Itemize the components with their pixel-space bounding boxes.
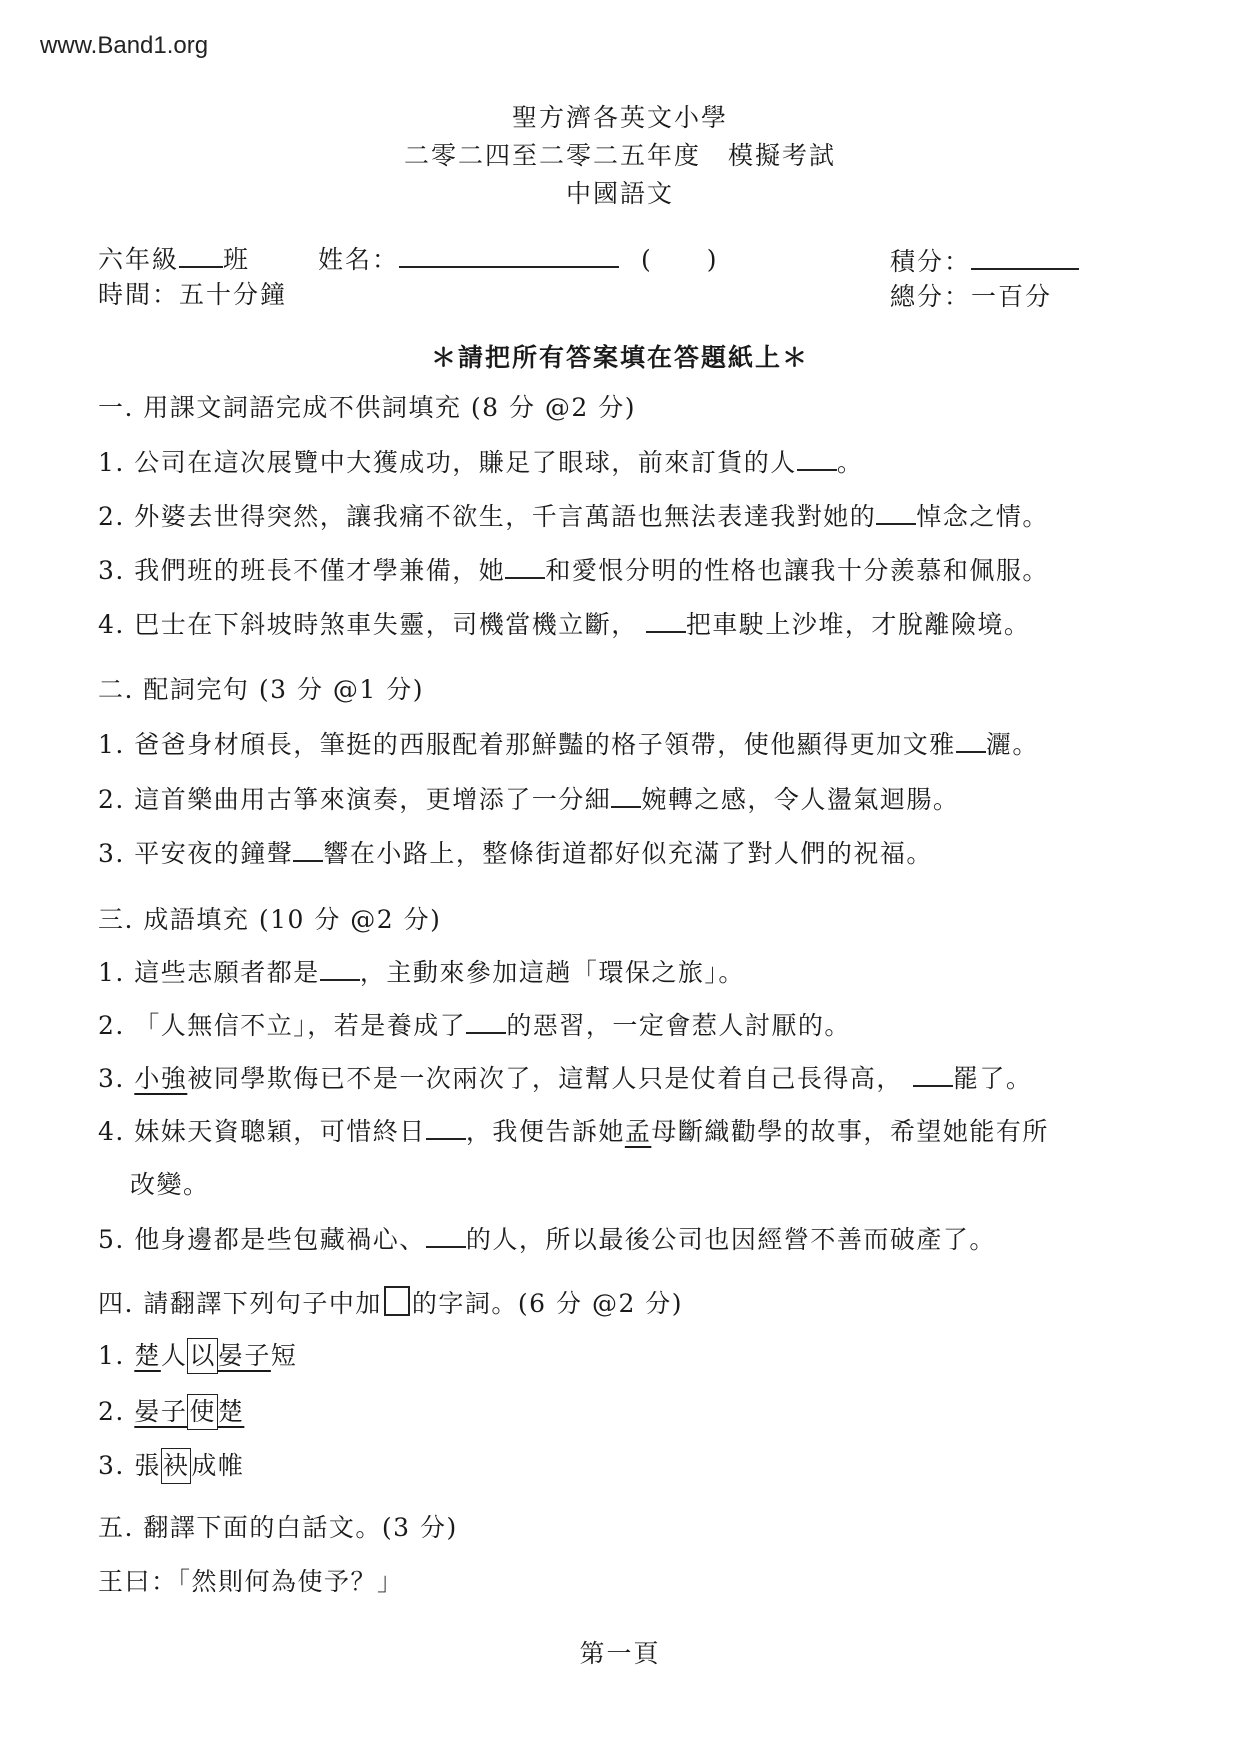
section-3-title: 三. 成語填充 (10 分 @2 分)	[98, 900, 441, 936]
s2-q1: 1. 爸爸身材頎長，筆挺的西服配着那鮮豔的格子領帶，使他顯得更加文雅灑。	[98, 725, 1039, 761]
score-blank[interactable]	[971, 248, 1079, 270]
s3-q2: 2. 「人無信不立」，若是養成了的惡習，一定會惹人討厭的。	[98, 1006, 851, 1042]
score-field: 積分：	[890, 242, 1079, 278]
s1-q1: 1. 公司在這次展覽中大獲成功，賺足了眼球，前來訂貨的人。	[98, 443, 863, 479]
s3-q5: 5. 他身邊都是些包藏禍心、的人，所以最後公司也因經營不善而破產了。	[98, 1220, 996, 1256]
answer-blank[interactable]	[505, 557, 545, 579]
name-field: 姓名： ( )	[318, 240, 718, 276]
answer-blank[interactable]	[426, 1226, 466, 1248]
subject-title: 中國語文	[0, 174, 1240, 210]
s5-text: 王曰：「然則何為使予？」	[98, 1562, 404, 1598]
s1-q4: 4. 巴士在下斜坡時煞車失靈，司機當機立斷，把車駛上沙堆，才脫離險境。	[98, 605, 1030, 641]
section-4-title: 四. 請翻譯下列句子中加的字詞。(6 分 @2 分)	[98, 1284, 683, 1320]
s3-q1: 1. 這些志願者都是，主動來參加這趟「環保之旅」。	[98, 953, 745, 989]
s3-q4-continued: 改變。	[130, 1165, 210, 1201]
answer-blank[interactable]	[646, 611, 686, 633]
s4-q3: 3. 張袂成帷	[98, 1446, 244, 1484]
answer-blank[interactable]	[913, 1065, 953, 1087]
answer-blank[interactable]	[876, 503, 916, 525]
grade-label: 六年級	[98, 245, 179, 274]
page-number: 第一頁	[0, 1634, 1240, 1670]
time-label: 時間：五十分鐘	[98, 275, 287, 311]
boxed-word: 袂	[161, 1448, 192, 1484]
answer-blank[interactable]	[611, 786, 641, 808]
section-5-title: 五. 翻譯下面的白話文。(3 分)	[98, 1508, 458, 1544]
answer-blank[interactable]	[956, 731, 986, 753]
s2-q2: 2. 這首樂曲用古箏來演奏，更增添了一分細婉轉之感，令人盪氣迴腸。	[98, 780, 959, 816]
exam-title: 二零二四至二零二五年度 模擬考試	[0, 136, 1240, 172]
s2-q3: 3. 平安夜的鐘聲響在小路上，整條街道都好似充滿了對人們的祝福。	[98, 834, 933, 870]
answer-blank[interactable]	[797, 449, 837, 471]
section-2-title: 二. 配詞完句 (3 分 @1 分)	[98, 670, 424, 706]
name-blank[interactable]	[399, 246, 619, 268]
proper-noun-underline: 孟	[625, 1117, 652, 1146]
s3-q4: 4. 妹妹天資聰穎，可惜終日，我便告訴她孟母斷織勸學的故事，希望她能有所	[98, 1112, 1049, 1148]
total-label: 總分：一百分	[890, 277, 1052, 313]
name-label: 姓名：	[318, 245, 399, 274]
answer-blank[interactable]	[466, 1012, 506, 1034]
section-1-title: 一. 用課文詞語完成不供詞填充 (8 分 @2 分)	[98, 388, 636, 424]
answer-blank[interactable]	[320, 959, 360, 981]
school-name: 聖方濟各英文小學	[0, 98, 1240, 134]
answer-blank[interactable]	[293, 840, 323, 862]
boxed-word: 使	[187, 1394, 218, 1430]
s4-q1: 1. 楚人以晏子短	[98, 1336, 297, 1374]
watermark: www.Band1.org	[40, 32, 208, 60]
square-box-icon	[384, 1286, 410, 1316]
s3-q3: 3. 小強被同學欺侮已不是一次兩次了，這幫人只是仗着自己長得高，罷了。	[98, 1059, 1032, 1095]
proper-noun-underline: 小強	[134, 1064, 187, 1093]
s1-q3: 3. 我們班的班長不僅才學兼備，她和愛恨分明的性格也讓我十分羨慕和佩服。	[98, 551, 1049, 587]
class-label: 班	[223, 245, 250, 274]
answer-blank[interactable]	[426, 1118, 466, 1140]
s1-q2: 2. 外婆去世得突然，讓我痛不欲生，千言萬語也無法表達我對她的悼念之情。	[98, 497, 1049, 533]
score-label: 積分：	[890, 247, 971, 276]
grade-class-field: 六年級班	[98, 240, 250, 276]
instruction: ＊請把所有答案填在答題紙上＊	[0, 338, 1240, 374]
s4-q2: 2. 晏子使楚	[98, 1392, 244, 1430]
class-number-parens[interactable]: ( )	[641, 245, 719, 274]
class-blank[interactable]	[179, 246, 223, 268]
boxed-word: 以	[187, 1338, 218, 1374]
